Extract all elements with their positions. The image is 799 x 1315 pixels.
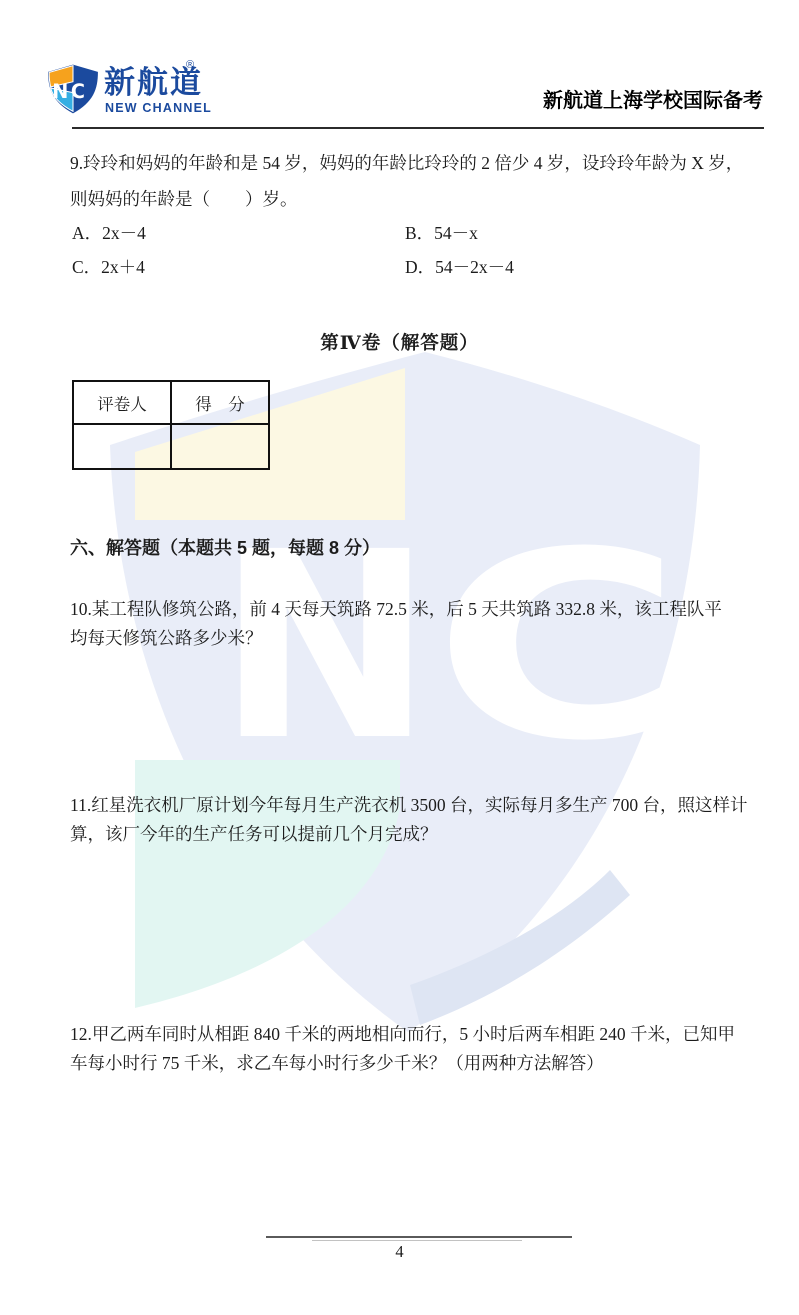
question-9-line-2: 则妈妈的年龄是（ ）岁。 (70, 181, 768, 217)
score-header-cell: 得 分 (171, 381, 269, 424)
header-school-title: 新航道上海学校国际备考 (543, 84, 763, 113)
question-9-line-1: 9.玲玲和妈妈的年龄和是 54 岁，妈妈的年龄比玲玲的 2 倍少 4 岁，设玲玲… (70, 145, 768, 181)
footer-divider-shadow (312, 1240, 522, 1241)
new-channel-logo-icon: NC (46, 63, 100, 115)
question-10-line-2: 均每天修筑公路多少米？ (70, 624, 768, 653)
question-10: 10.某工程队修筑公路，前 4 天每天筑路 72.5 米，后 5 天共筑路 33… (70, 595, 768, 653)
question-9-option-c: C．2x＋4 (72, 256, 145, 278)
grading-table: 评卷人 得 分 (72, 380, 270, 470)
logo-nc-letters: NC (52, 80, 87, 103)
question-11: 11.红星洗衣机厂原计划今年每月生产洗衣机 3500 台，实际每月多生产 700… (70, 791, 768, 849)
grader-blank-cell (73, 424, 171, 469)
question-9-option-a: A．2x－4 (72, 222, 146, 244)
part-6-section-title: 六、解答题（本题共 5 题，每题 8 分） (70, 534, 380, 560)
question-9: 9.玲玲和妈妈的年龄和是 54 岁，妈妈的年龄比玲玲的 2 倍少 4 岁，设玲玲… (70, 145, 768, 217)
registered-trademark-icon: ® (186, 59, 194, 71)
page-number: 4 (0, 1242, 799, 1262)
header-divider (72, 127, 764, 129)
question-11-line-2: 算，该厂今年的生产任务可以提前几个月完成？ (70, 820, 768, 849)
footer-divider (266, 1236, 572, 1238)
question-9-option-d: D．54－2x－4 (405, 256, 514, 278)
exam-page: N C NC 新航道 ® NEW CHANNEL 新航道上海学校国际备考 9.玲… (0, 0, 799, 1315)
score-blank-cell (171, 424, 269, 469)
grader-header-cell: 评卷人 (73, 381, 171, 424)
question-9-option-b: B．54－x (405, 222, 478, 244)
question-11-line-1: 11.红星洗衣机厂原计划今年每月生产洗衣机 3500 台，实际每月多生产 700… (70, 791, 768, 820)
question-12-line-1: 12.甲乙两车同时从相距 840 千米的两地相向而行，5 小时后两车相距 240… (70, 1020, 768, 1049)
brand-name-chinese: 新航道 (104, 66, 203, 100)
part-4-section-title: 第Ⅳ卷（解答题） (0, 329, 799, 355)
question-12-line-2: 车每小时行 75 千米，求乙车每小时行多少千米？（用两种方法解答） (70, 1049, 768, 1078)
question-12: 12.甲乙两车同时从相距 840 千米的两地相向而行，5 小时后两车相距 240… (70, 1020, 768, 1078)
brand-name-english: NEW CHANNEL (105, 101, 212, 115)
question-10-line-1: 10.某工程队修筑公路，前 4 天每天筑路 72.5 米，后 5 天共筑路 33… (70, 595, 768, 624)
